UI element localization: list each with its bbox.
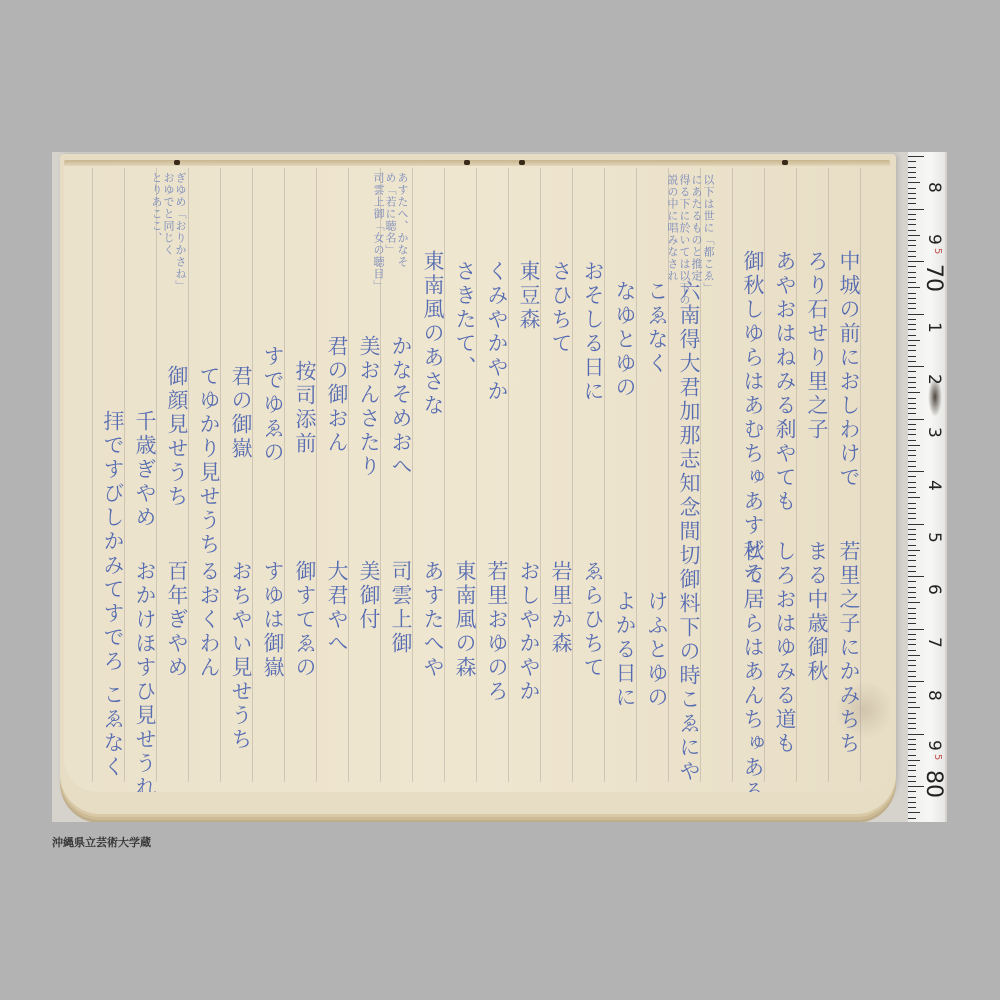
ruler-tick [908, 240, 916, 241]
ruler-tick [908, 224, 916, 225]
ruled-line [732, 168, 733, 782]
ruler-tick [908, 529, 916, 530]
ruler-tick [908, 361, 916, 362]
ruler-tick [908, 802, 916, 803]
ruler-tick [908, 251, 916, 252]
ruler-tick [908, 744, 916, 745]
ruler-tick [908, 571, 916, 572]
ruler-tick [908, 618, 916, 619]
ruler-tick [908, 503, 916, 504]
ruler-tick [908, 812, 920, 813]
ruler-tick [908, 749, 916, 750]
ruler-tick [908, 781, 916, 782]
ruler-tick [908, 461, 916, 462]
ruler-tick [908, 660, 916, 661]
verse-column: るおくわん [194, 560, 224, 680]
ruler-tick [908, 319, 916, 320]
verse-column: てゆかり見せうち [194, 365, 224, 557]
verse-column: ゑらひちて [578, 560, 608, 680]
verse-column: 君の御嶽 [226, 365, 256, 461]
ruler-tick [908, 193, 916, 194]
ruler-label: 9 [925, 234, 942, 245]
ruler-tick [908, 534, 916, 535]
ruler-tick [908, 592, 916, 593]
ruler-tick [908, 665, 916, 666]
ruler-tick [908, 182, 920, 183]
verse-column: 東豆森 [514, 260, 544, 332]
ruler-tick [908, 797, 916, 798]
ruler-tick [908, 455, 916, 456]
verse-column: ろり石せり里之子 [802, 250, 832, 442]
verse-column: 六南得大君加那志知念間切御料下の時こゑにや [674, 280, 704, 784]
ruler-tick [908, 156, 924, 157]
ruler-tick [908, 755, 916, 756]
ruled-line [92, 168, 93, 782]
verse-column: 御顔見せうち [162, 365, 192, 509]
ruler-tick [908, 639, 916, 640]
verse-column: おしやかやか [514, 560, 544, 704]
manuscript-page: 中城の前におしわけでろり石せり里之子若里之子にかみちちあやおはねみる刹やてもまる… [64, 160, 890, 792]
ruler-tick [908, 728, 916, 729]
ruler-label: 5 [932, 248, 942, 254]
ruler-tick [908, 272, 916, 273]
binding-staple [464, 160, 470, 165]
verse-column: けふとゆの [642, 590, 672, 710]
ruler-tick [908, 576, 924, 577]
ruler-tick [908, 550, 920, 551]
ruler-tick [908, 314, 924, 315]
ruler-tick [908, 629, 924, 630]
manuscript-photo: 中城の前におしわけでろり石せり里之子若里之子にかみちちあやおはねみる刹やてもまる… [52, 152, 947, 822]
verse-column: 司雲上御 [386, 560, 416, 656]
ruler-tick [908, 398, 916, 399]
ruler-tick [908, 634, 916, 635]
ruler-tick [908, 256, 916, 257]
ruler-tick [908, 324, 916, 325]
ruler-label: 1 [925, 322, 942, 333]
ruler-tick [908, 450, 916, 451]
verse-column: 美おんさたり [354, 335, 384, 479]
ruler-tick [908, 209, 924, 210]
ruler-tick [908, 377, 916, 378]
ruler-tick [908, 770, 916, 771]
ruler-tick [908, 466, 916, 467]
verse-column: 東南風のあさな [418, 250, 448, 418]
verse-column: こゑなく [642, 280, 672, 376]
notebook: 中城の前におしわけでろり石せり里之子若里之子にかみちちあやおはねみる刹やてもまる… [60, 154, 896, 814]
ruler-tick [908, 707, 920, 708]
verse-column: 千歳ぎやめ [130, 410, 160, 530]
ruler-tick [908, 686, 916, 687]
ruler-tick [908, 392, 920, 393]
ruler-tick [908, 408, 916, 409]
ruler-tick [908, 172, 916, 173]
ruler-tick [908, 482, 916, 483]
ruler-tick [908, 230, 916, 231]
ruler-tick [908, 566, 916, 567]
ruler-tick [908, 734, 924, 735]
ruler-tick [908, 623, 916, 624]
ruler-tick [908, 188, 916, 189]
ruler-tick [908, 539, 916, 540]
ruler-tick [908, 476, 916, 477]
ruler-tick [908, 513, 916, 514]
ruler-tick [908, 644, 916, 645]
annotation-note: とりあここ、 [148, 172, 164, 244]
ruler-tick [908, 329, 916, 330]
ruler-label: 8 [925, 690, 942, 701]
binding-staple [519, 160, 525, 165]
ruler-tick [908, 508, 916, 509]
ruler-tick [908, 650, 916, 651]
ruler-tick [908, 702, 916, 703]
verse-column: 百年ぎやめ [162, 560, 192, 680]
verse-column: かなそめおへ [386, 335, 416, 479]
ruler-tick [908, 277, 916, 278]
ruler-tick [908, 681, 924, 682]
ruler-tick [908, 440, 916, 441]
verse-column: すでゆゑの [258, 345, 288, 465]
ruler-tick [908, 167, 916, 168]
ruler-tick [908, 791, 916, 792]
verse-column: しろおはゆみる道も [770, 540, 800, 756]
ruler-tick [908, 492, 916, 493]
verse-column: まる中歳御秋 [802, 540, 832, 684]
verse-column: よかる日に [610, 590, 640, 710]
ruler-tick [908, 308, 916, 309]
verse-column: あすたへや [418, 560, 448, 680]
ruler-tick [908, 298, 916, 299]
ruler-tick [908, 235, 920, 236]
ruler-tick [908, 697, 916, 698]
verse-column: おちやい見せうち [226, 560, 256, 752]
verse-column: すゆは御嶽 [258, 560, 288, 680]
ruled-line [284, 168, 285, 782]
verse-column: 美御付 [354, 560, 384, 632]
annotation-note: 司雲上御「女の聴目」 [370, 172, 386, 292]
ruler-tick [908, 487, 916, 488]
ruler-tick [908, 671, 916, 672]
ruler-tick [908, 214, 916, 215]
verse-column: おかけほすひ見せうれ [130, 560, 160, 792]
ruler-label: 7 [925, 637, 942, 648]
ruler-tick [908, 413, 916, 414]
ruler-tick [908, 676, 916, 677]
ruler-tick [908, 350, 916, 351]
ruler-tick [908, 261, 924, 262]
ruled-line [348, 168, 349, 782]
ruler-tick [908, 245, 916, 246]
ruler-tick [908, 198, 916, 199]
measurement-ruler: 89570123456789580123 [908, 152, 945, 822]
verse-column: 岩里か森 [546, 560, 576, 656]
verse-column: 君の御おん [322, 335, 352, 455]
ruler-label: 8 [925, 182, 942, 193]
ruler-tick [908, 608, 916, 609]
verse-column: 按司添前 [290, 360, 320, 456]
verse-column: なゆとゆの [610, 280, 640, 400]
ruler-tick [908, 371, 916, 372]
ruler-tick [908, 471, 924, 472]
ruler-tick [908, 303, 916, 304]
ruler-tick [908, 560, 916, 561]
annotation-note: 説の中に唱みなされ [664, 174, 680, 282]
ruler-tick [908, 597, 916, 598]
ruler-tick [908, 497, 920, 498]
binding-staple [174, 160, 180, 165]
ruler-tick [908, 356, 916, 357]
ruler-tick [908, 177, 916, 178]
ruler-tick [908, 739, 916, 740]
ruler-tick [908, 434, 916, 435]
ruler-label: 70 [922, 264, 944, 292]
ruler-tick [908, 366, 924, 367]
ruler-tick [908, 424, 916, 425]
verse-column: 御すてゑの [290, 560, 320, 680]
ruler-tick [908, 655, 920, 656]
ruler-tick [908, 581, 916, 582]
ruler-tick [908, 524, 924, 525]
verse-column: さひちて [546, 260, 576, 356]
ruler-tick [908, 203, 916, 204]
ruler-tick [908, 382, 916, 383]
ruler-tick [908, 293, 916, 294]
ruler-tick [908, 807, 916, 808]
ruler-tick [908, 776, 916, 777]
verse-column: 東南風の森 [450, 560, 480, 680]
ruler-tick [908, 282, 916, 283]
ruler-tick [908, 387, 916, 388]
ruler-label: 2 [925, 374, 942, 385]
ruler-label: 6 [925, 584, 942, 595]
ruled-line [316, 168, 317, 782]
verse-column: 若里之子にかみちち [834, 540, 864, 756]
verse-column: 若里おゆのろ [482, 560, 512, 704]
page-top-edge [64, 160, 890, 166]
verse-column: さきたて、 [450, 260, 480, 380]
ruler-tick [908, 587, 916, 588]
verse-column: くみやかやか [482, 260, 512, 404]
ruler-tick [908, 345, 916, 346]
ruler-tick [908, 723, 916, 724]
ruler-tick [908, 335, 916, 336]
ruler-label: 80 [922, 770, 944, 798]
ruler-label: 3 [925, 427, 942, 438]
ruler-tick [908, 818, 916, 819]
ruler-label: 4 [925, 480, 942, 491]
ruler-tick [908, 760, 920, 761]
ruler-tick [908, 429, 916, 430]
ruler-tick [908, 545, 916, 546]
ruler-tick [908, 161, 916, 162]
verse-column: 秋て居らはあんちゅあるとろ [738, 540, 768, 792]
ruler-tick [908, 692, 916, 693]
ruler-tick [908, 602, 920, 603]
ruler-tick [908, 419, 924, 420]
binding-staple [782, 160, 788, 165]
ruler-tick [908, 403, 916, 404]
ruler-tick [908, 713, 916, 714]
verse-column: 御秋しゆらはあむちゅあすどろ [738, 250, 768, 586]
verse-column: おそしる日に [578, 260, 608, 404]
ruler-tick [908, 445, 920, 446]
collection-caption: 沖縄県立芸術大学蔵 [52, 834, 151, 850]
verse-column: 大君やへ [322, 560, 352, 656]
ruler-tick [908, 765, 916, 766]
ruler-tick [908, 613, 916, 614]
ruler-tick [908, 340, 920, 341]
ruler-tick [908, 266, 916, 267]
verse-column: あやおはねみる刹やても [770, 250, 800, 514]
ruler-label: 9 [925, 740, 942, 751]
ruler-tick [908, 287, 920, 288]
verse-column: 拝ですびしかみてすでろ こゑなく [98, 410, 128, 780]
ruler-tick [908, 718, 916, 719]
ruler-tick [908, 219, 916, 220]
ruler-label: 5 [932, 754, 942, 760]
ruler-tick [908, 555, 916, 556]
ruler-tick [908, 518, 916, 519]
ruler-label: 5 [925, 532, 942, 543]
verse-column: 中城の前におしわけで [834, 250, 864, 490]
